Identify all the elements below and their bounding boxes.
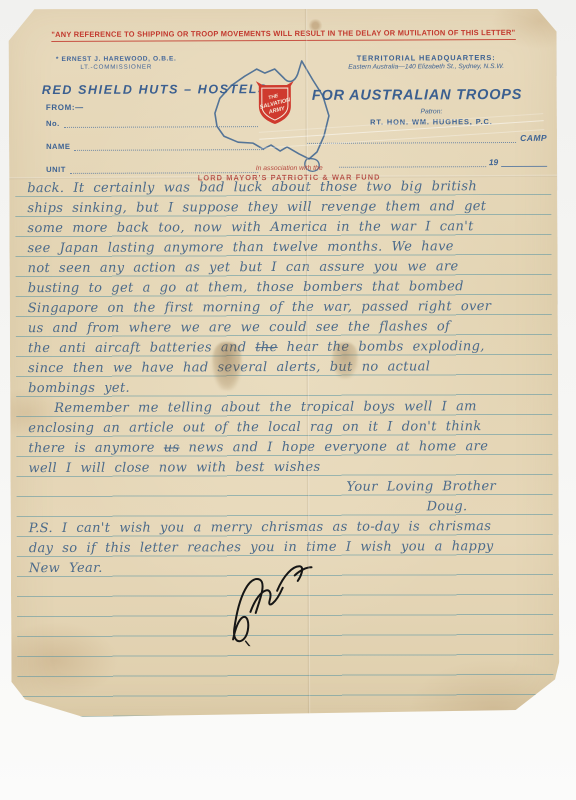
letter-line: enclosing an article out of the local ra… (22, 417, 550, 439)
officer-block: * ERNEST J. HAREWOOD, O.B.E. LT.-COMMISS… (39, 55, 194, 71)
letter-line: there is anymore us news and I hope ever… (22, 437, 550, 459)
handwritten-signature-icon (209, 558, 334, 647)
letter-line: Remember me telling about the tropical b… (22, 397, 550, 419)
officer-rank: LT.-COMMISSIONER (39, 63, 194, 71)
letter-line: the anti aircaft batteries and the hear … (22, 337, 550, 359)
letter-signoff-name: Doug. (23, 497, 551, 519)
name-label: NAME (46, 142, 70, 151)
field-camp: CAMP (307, 133, 547, 144)
salvation-army-shield-icon: THE SALVATION ARMY (256, 81, 294, 124)
field-name: NAME (46, 140, 264, 151)
letter-line: see Japan lasting anymore than twelve mo… (21, 237, 549, 259)
letter-line: not seen any action as yet but I can ass… (22, 257, 550, 279)
censorship-warning-text: "ANY REFERENCE TO SHIPPING OR TROOP MOVE… (52, 28, 516, 42)
name-blank-line (74, 140, 264, 151)
letter-closing-line: Your Loving Brother (23, 477, 551, 499)
letter-line: some more back too, now with America in … (21, 217, 549, 239)
tape-stain (212, 342, 242, 390)
letter-line: us and from where we are we could see th… (22, 317, 550, 339)
year-blank-line (501, 157, 547, 167)
letter-line: since then we have had several alerts, b… (22, 357, 550, 379)
letter-line: busting to get a go at them, those bombe… (22, 277, 550, 299)
letter-paper: "ANY REFERENCE TO SHIPPING OR TROOP MOVE… (8, 7, 559, 717)
from-label: FROM:— (46, 103, 84, 112)
no-label: No. (46, 119, 60, 128)
patron-label: Patron: (339, 108, 524, 116)
letter-line: Singapore on the first morning of the wa… (22, 297, 550, 319)
letter-line: P.S. I can't wish you a merry chrismas a… (23, 517, 551, 539)
letter-body: back. It certainly was bad luck about th… (21, 177, 551, 579)
scanned-letter-page: { "banner": { "text": "\"ANY REFERENCE T… (0, 0, 576, 800)
letter-line: day so if this letter reaches you in tim… (23, 537, 551, 559)
letter-line: back. It certainly was bad luck about th… (21, 177, 549, 199)
letter-line: bombings yet. (22, 377, 550, 399)
association-line1: In association with the (129, 164, 449, 172)
tape-stain (332, 343, 358, 379)
patron-name: RT. HON. WM. HUGHES, P.C. (339, 116, 524, 126)
letter-line: ships sinking, but I suppose they will r… (21, 197, 549, 219)
no-blank-line (64, 117, 258, 128)
unit-label: UNIT (46, 165, 66, 174)
censorship-warning-banner: "ANY REFERENCE TO SHIPPING OR TROOP MOVE… (27, 28, 541, 42)
officer-name: * ERNEST J. HAREWOOD, O.B.E. (39, 55, 194, 63)
letter-line: well I will close now with best wishes (22, 457, 550, 479)
year-prefix: 19 (489, 157, 498, 167)
field-no: No. (46, 117, 258, 128)
camp-label: CAMP (520, 133, 547, 143)
signature-stamp (209, 558, 334, 647)
